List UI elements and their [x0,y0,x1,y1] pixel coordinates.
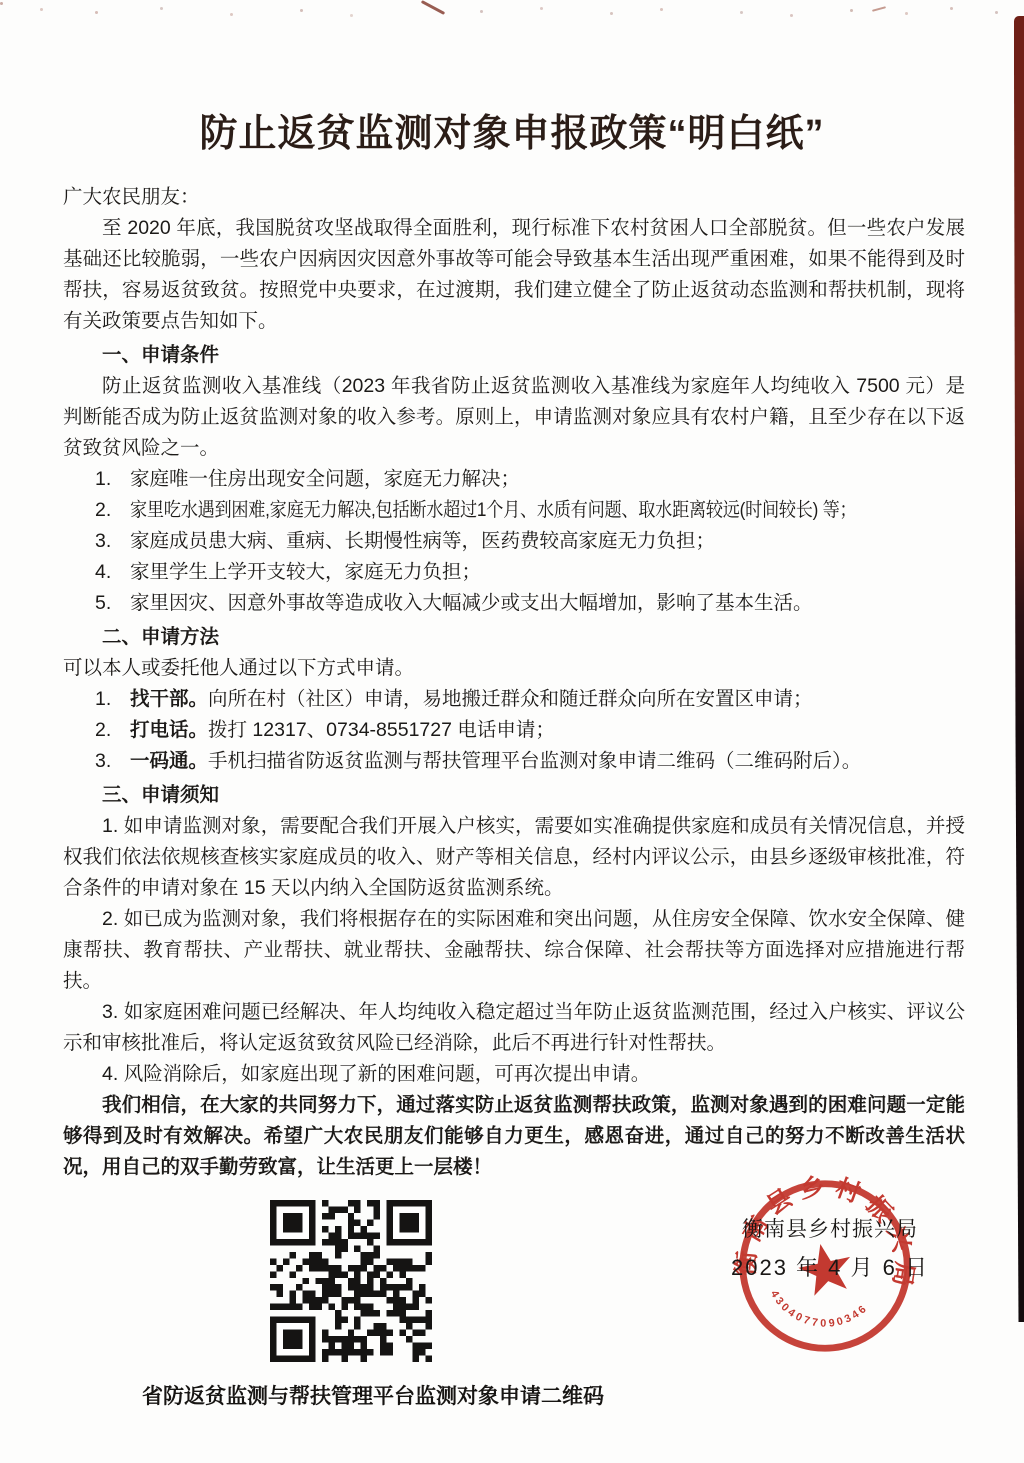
section-1-paragraph: 防止返贫监测收入基准线（2023 年我省防止返贫监测收入基准线为家庭年人均纯收入… [63,371,965,464]
para-number: 1. [102,815,118,837]
stamp-date: 2023 年 4 月 6 日 [700,1251,960,1282]
para-number: 3. [102,1001,118,1023]
item-lead: 打电话。 [130,719,208,741]
intro-paragraph: 至 2020 年底，我国脱贫攻坚战取得全面胜利，现行标准下农村贫困人口全部脱贫。… [63,213,965,337]
notice-paragraph-2: 2. 如已成为监测对象，我们将根据存在的实际困难和突出问题，从住房安全保障、饮水… [63,904,965,997]
para-text: 如家庭困难问题已经解决、年人均纯收入稳定超过当年防止返贫监测范围，经过入户核实、… [63,1001,965,1054]
item-text: 手机扫描省防返贫监测与帮扶管理平台监测对象申请二维码（二维码附后）。 [208,750,861,772]
scanned-document-page: 防止返贫监测对象申报政策“明白纸” 广大农民朋友： 至 2020 年底，我国脱贫… [0,0,1024,1463]
scan-page-edge-shadow [1014,16,1024,1322]
method-item-3: 3.一码通。手机扫描省防返贫监测与帮扶管理平台监测对象申请二维码（二维码附后）。 [63,746,965,777]
risk-item-1: 1.家庭唯一住房出现安全问题，家庭无力解决； [63,464,965,495]
qr-caption: 省防返贫监测与帮扶管理平台监测对象申请二维码 [142,1380,604,1410]
document-body: 广大农民朋友： 至 2020 年底，我国脱贫攻坚战取得全面胜利，现行标准下农村贫… [63,182,965,1183]
notice-paragraph-3: 3. 如家庭困难问题已经解决、年人均纯收入稳定超过当年防止返贫监测范围，经过入户… [63,997,965,1059]
qr-code [270,1200,432,1362]
method-item-1: 1.找干部。向所在村（社区）申请，易地搬迁群众和随迁群众向所在安置区申请； [63,684,965,715]
risk-item-5: 5.家里因灾、因意外事故等造成收入大幅减少或支出大幅增加，影响了基本生活。 [63,588,965,619]
section-3-heading: 三、申请须知 [63,780,965,811]
document-title: 防止返贫监测对象申报政策“明白纸” [0,102,1024,157]
item-number: 3. [95,526,130,557]
risk-item-2: 2.家里吃水遇到困难,家庭无力解决,包括断水超过1个月、水质有问题、取水距离较远… [63,495,965,526]
item-text: 向所在村（社区）申请，易地搬迁群众和随迁群众向所在安置区申请； [208,688,813,710]
item-text: 拨打 12317、0734-8551727 电话申请； [208,719,555,741]
notice-paragraph-4: 4. 风险消除后，如家庭出现了新的困难问题，可再次提出申请。 [63,1059,965,1090]
item-text: 家里吃水遇到困难,家庭无力解决,包括断水超过1个月、水质有问题、取水距离较远(时… [130,495,856,526]
scan-noise-speckles [0,2,3,5]
method-item-2: 2.打电话。拨打 12317、0734-8551727 电话申请； [63,715,965,746]
item-text: 家庭唯一住房出现安全问题，家庭无力解决； [130,468,520,490]
para-text: 风险消除后，如家庭出现了新的困难问题，可再次提出申请。 [124,1063,651,1085]
item-number: 1. [95,684,130,715]
stamp-agency-name: 衡南县乡村振兴局 [700,1213,960,1243]
risk-item-4: 4.家里学生上学开支较大，家庭无力负担； [63,557,965,588]
scan-noise-mark [421,0,445,15]
section-2-heading: 二、申请方法 [63,622,965,653]
item-text: 家里学生上学开支较大，家庭无力负担； [130,561,481,583]
item-number: 1. [95,464,130,495]
section-2-paragraph: 可以本人或委托他人通过以下方式申请。 [63,653,965,684]
item-number: 4. [95,557,130,588]
official-stamp: 衡南县乡村振兴局 4304077090346 衡南县乡村振兴局 2023 年 4… [700,1165,960,1365]
item-number: 2. [95,495,130,526]
item-number: 2. [95,715,130,746]
item-number: 5. [95,588,130,619]
item-text: 家庭成员患大病、重病、长期慢性病等，医药费较高家庭无力负担； [130,530,715,552]
para-text: 如申请监测对象，需要配合我们开展入户核实，需要如实准确提供家庭和成员有关情况信息… [63,815,965,899]
item-lead: 一码通。 [130,750,208,772]
risk-item-3: 3.家庭成员患大病、重病、长期慢性病等，医药费较高家庭无力负担； [63,526,965,557]
item-text: 家里因灾、因意外事故等造成收入大幅减少或支出大幅增加，影响了基本生活。 [130,592,813,614]
item-number: 3. [95,746,130,777]
section-1-heading: 一、申请条件 [63,340,965,371]
item-lead: 找干部。 [130,688,208,710]
para-number: 4. [102,1063,118,1085]
para-text: 如已成为监测对象，我们将根据存在的实际困难和突出问题，从住房安全保障、饮水安全保… [63,908,965,992]
para-number: 2. [102,908,118,930]
scan-noise-mark-2 [872,6,886,12]
notice-paragraph-1: 1. 如申请监测对象，需要配合我们开展入户核实，需要如实准确提供家庭和成员有关情… [63,811,965,904]
salutation: 广大农民朋友： [63,182,965,213]
